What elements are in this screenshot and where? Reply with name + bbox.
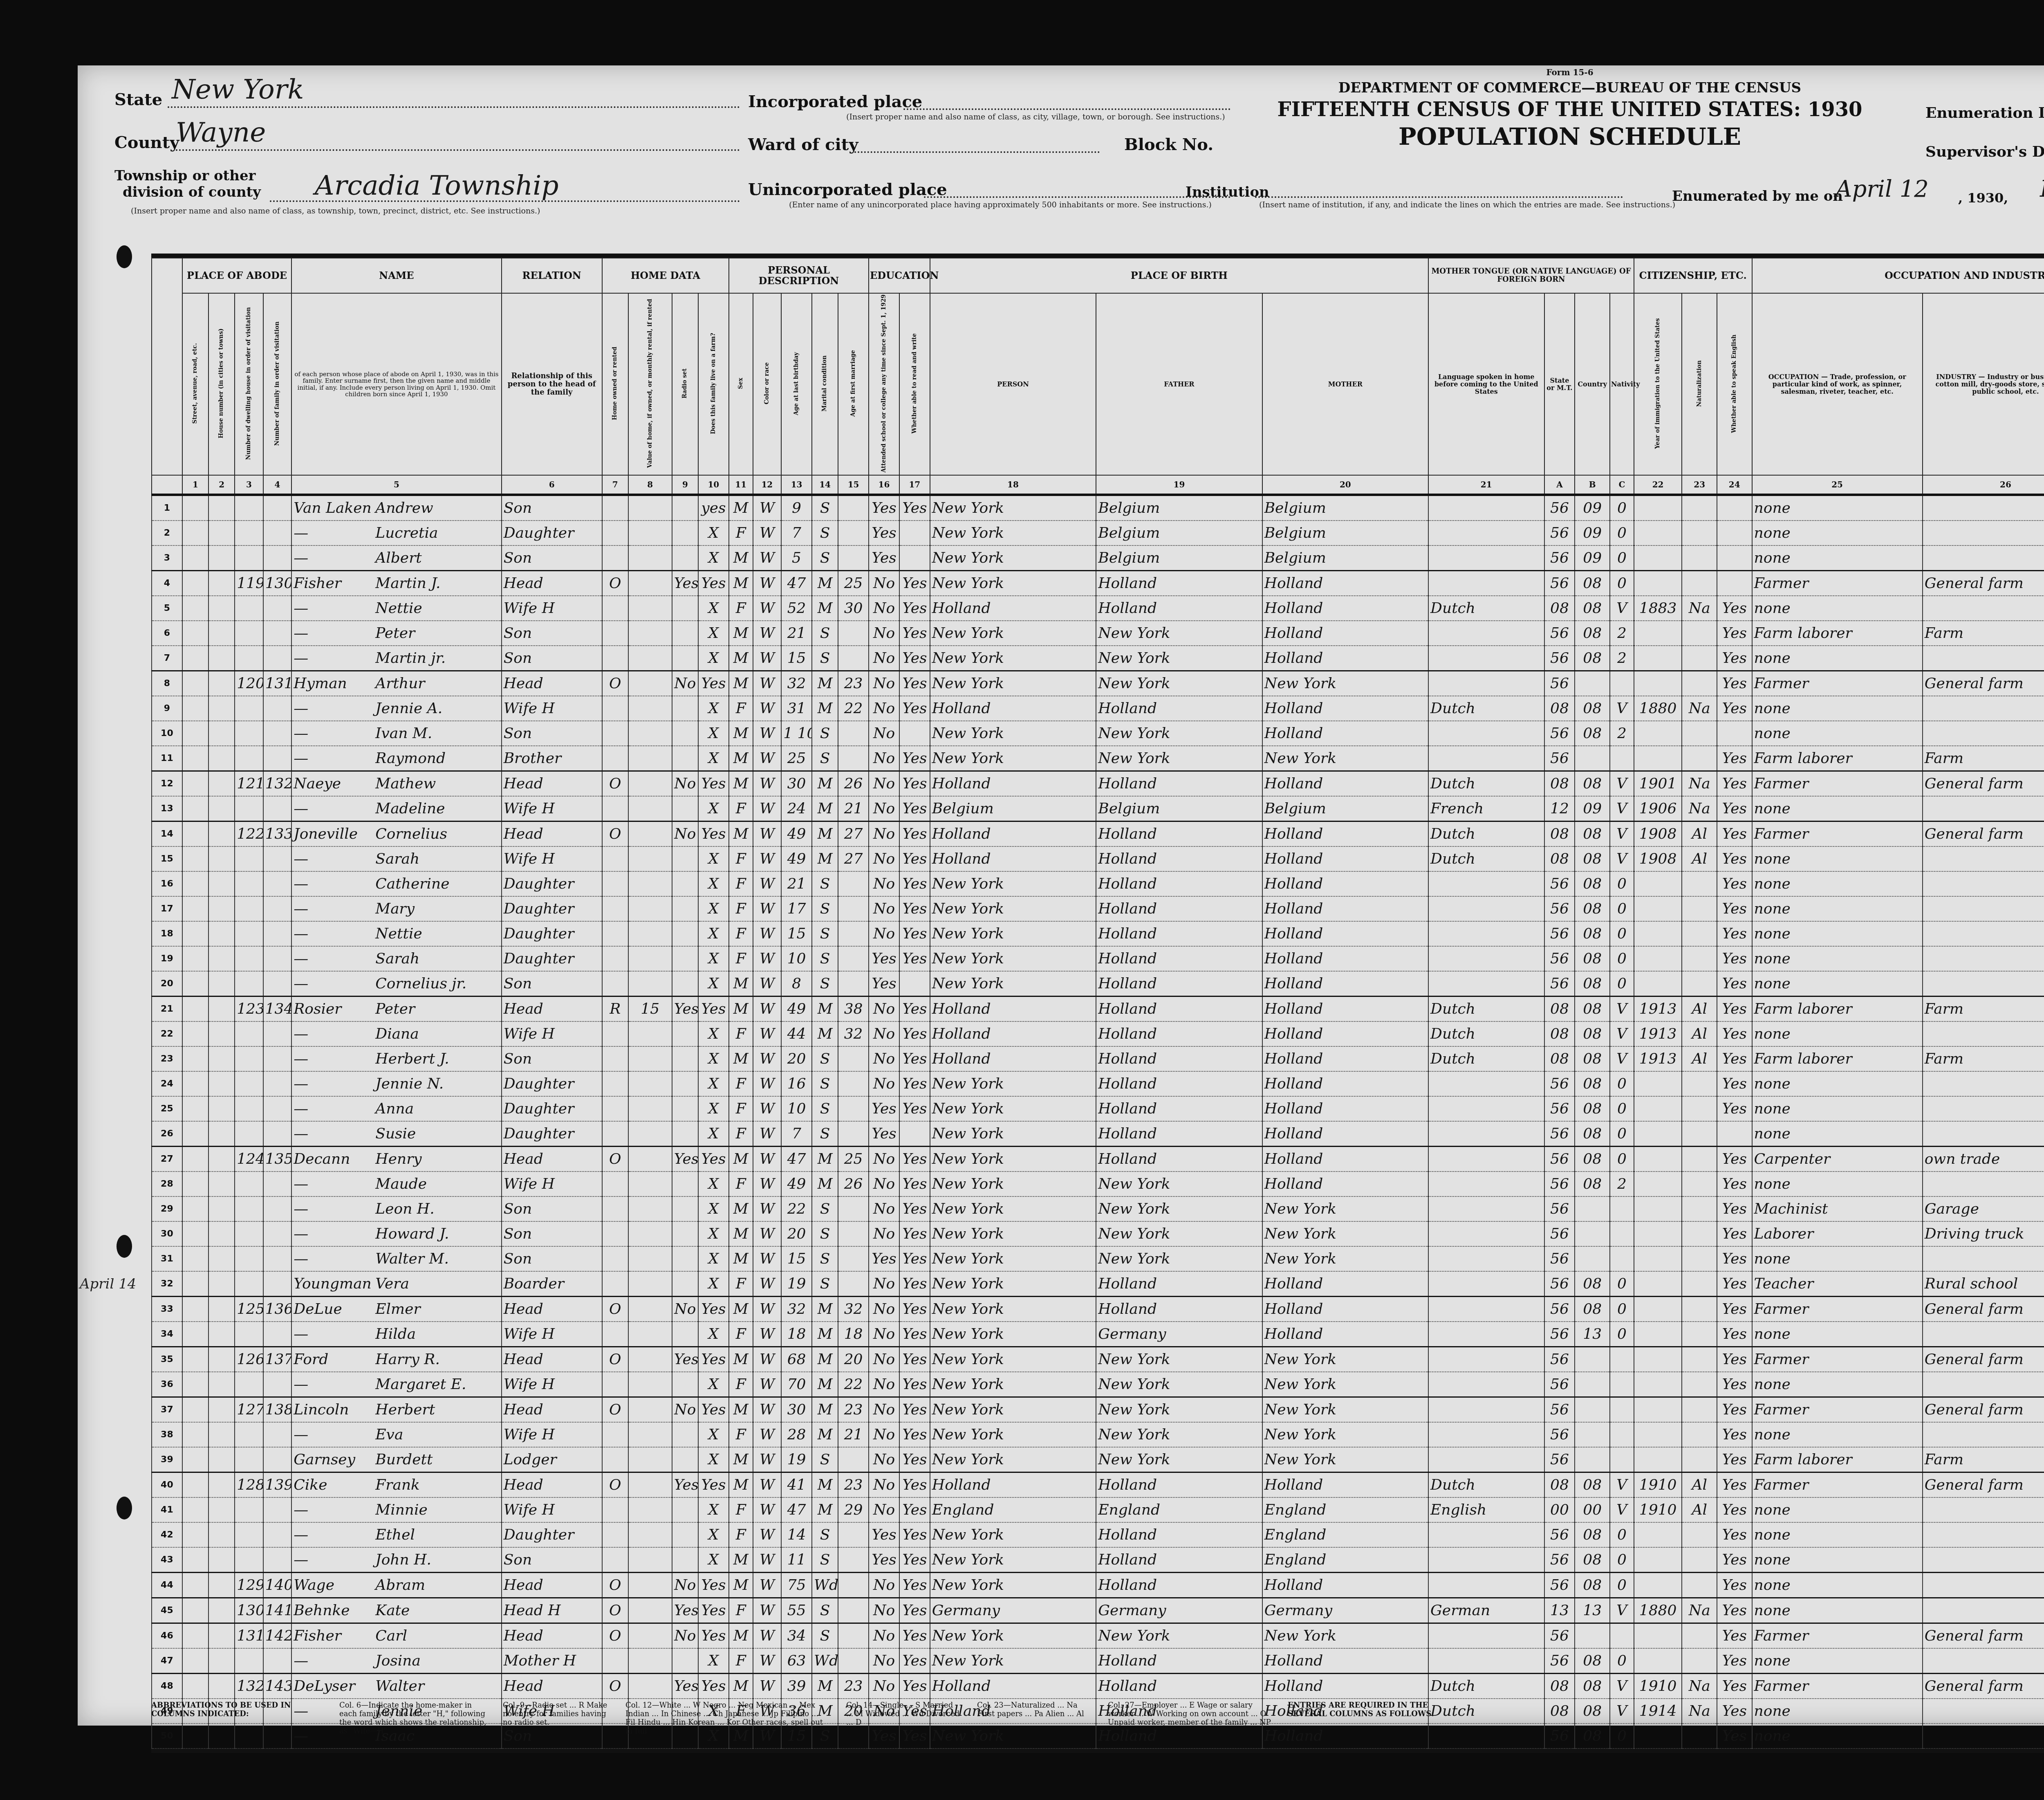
cell-agem (838, 1522, 869, 1547)
cell-own: O (602, 821, 628, 847)
cell-radio (672, 1422, 698, 1447)
unincorporated-label: Unincorporated place (748, 180, 947, 199)
township-label-2: division of county (123, 184, 261, 200)
cell-ind (1923, 1422, 2044, 1447)
cell-sex: M (729, 1046, 753, 1071)
cell-bp: New York (930, 1172, 1096, 1196)
cell-radio (672, 1271, 698, 1297)
cell-occ: none (1752, 1648, 1923, 1674)
cell-c: 0 (1610, 1573, 1634, 1598)
enumerated-label: Enumerated by me on (1672, 188, 1843, 204)
column-number: 17 (899, 475, 930, 495)
cell-agem: 20 (838, 1347, 869, 1372)
incorporated-note: (Insert proper name and also name of cla… (846, 112, 1225, 121)
person-name: —Nettie (291, 921, 501, 946)
cell-rel: Daughter (502, 871, 602, 896)
cell-radio: Yes (672, 571, 698, 596)
cell-age: 7 (781, 521, 812, 545)
cell-bp: Holland (930, 696, 1096, 721)
cell-fm (263, 621, 292, 646)
cell-rw: Yes (899, 746, 930, 771)
cell-c: 2 (1610, 646, 1634, 671)
cell-agem: 32 (838, 1021, 869, 1046)
cell-radio (672, 495, 698, 521)
cell-house (208, 571, 235, 596)
cell-tongue (1428, 1573, 1544, 1598)
cell-sch: No (869, 1071, 899, 1096)
column-number: 20 (1262, 475, 1428, 495)
col-immigration-year: Year of immigration to the United States (1634, 293, 1682, 475)
cell-race: W (753, 596, 782, 621)
cell-agem (838, 1096, 869, 1121)
cell-c: V (1610, 1598, 1634, 1623)
cell-b: 09 (1575, 796, 1610, 821)
cell-bf: New York (1096, 1397, 1262, 1423)
cell-race: W (753, 946, 782, 971)
person-name: —Diana (291, 1021, 501, 1046)
cell-agem (838, 1071, 869, 1096)
cell-bf: Holland (1096, 896, 1262, 921)
cell-radio (672, 721, 698, 746)
cell-bm: Holland (1262, 1573, 1428, 1598)
cell-val (628, 671, 672, 696)
cell-mar: S (812, 896, 838, 921)
cell-mar: S (812, 545, 838, 571)
cell-mar: S (812, 921, 838, 946)
cell-b (1575, 1623, 1610, 1649)
cell-sex: F (729, 1598, 753, 1623)
cell-c: V (1610, 1021, 1634, 1046)
cell-ind: Farm (1923, 1447, 2044, 1472)
cell-rel: Wife H (502, 1422, 602, 1447)
cell-ind: General farm (1923, 1347, 2044, 1372)
cell-tongue (1428, 1397, 1544, 1423)
cell-own (602, 921, 628, 946)
cell-dw (235, 1121, 263, 1147)
cell-tongue (1428, 671, 1544, 696)
cell-fm (263, 1096, 292, 1121)
cell-own (602, 1724, 628, 1748)
cell-race: W (753, 1573, 782, 1598)
cell-rw (899, 721, 930, 746)
cell-a: 56 (1544, 746, 1575, 771)
cell-fm: 143 (263, 1674, 292, 1699)
cell-age: 1 10/12 (781, 721, 812, 746)
cell-agem (838, 1547, 869, 1573)
cell-bf: New York (1096, 746, 1262, 771)
cell-tongue (1428, 1447, 1544, 1472)
cell-mar: S (812, 721, 838, 746)
col-radio: Radio set (672, 293, 698, 475)
cell-a: 08 (1544, 696, 1575, 721)
cell-tongue (1428, 1172, 1544, 1196)
cell-mar: S (812, 1096, 838, 1121)
cell-mar: S (812, 1221, 838, 1246)
cell-occ: none (1752, 1598, 1923, 1623)
cell-street (182, 621, 208, 646)
cell-b: 09 (1575, 545, 1610, 571)
cell-tongue (1428, 921, 1544, 946)
cell-a: 08 (1544, 997, 1575, 1022)
person-name: —Cornelius jr. (291, 971, 501, 997)
cell-eng: Yes (1717, 1046, 1752, 1071)
cell-c: V (1610, 1674, 1634, 1699)
cell-rel: Wife H (502, 1021, 602, 1046)
cell-agem: 21 (838, 1422, 869, 1447)
person-name: —Madeline (291, 796, 501, 821)
cell-mar: M (812, 1422, 838, 1447)
cell-rel: Head H (502, 1598, 602, 1623)
cell-mar: M (812, 696, 838, 721)
census-row: 1Van LakenAndrewSonyesMW9SYesYesNew York… (152, 495, 2044, 521)
cell-a: 56 (1544, 495, 1575, 521)
cell-nat (1682, 921, 1717, 946)
cell-sch: No (869, 1397, 899, 1423)
cell-own: O (602, 1674, 628, 1699)
cell-sch: No (869, 871, 899, 896)
cell-bm: Belgium (1262, 545, 1428, 571)
cell-b: 13 (1575, 1322, 1610, 1347)
cell-agem: 22 (838, 1372, 869, 1397)
cell-own: O (602, 571, 628, 596)
cell-sex: M (729, 571, 753, 596)
cell-imm (1634, 896, 1682, 921)
cell-own (602, 1322, 628, 1347)
cell-fm (263, 1121, 292, 1147)
surname: — (294, 1551, 375, 1568)
cell-c: 0 (1610, 571, 1634, 596)
cell-nat (1682, 621, 1717, 646)
given-name: Ethel (375, 1526, 415, 1543)
col-home-value: Value of home, if owned, or monthly rent… (628, 293, 672, 475)
cell-occ: none (1752, 1372, 1923, 1397)
cell-sex: M (729, 1147, 753, 1172)
cell-bm: Holland (1262, 997, 1428, 1022)
census-row: 8120131HymanArthurHeadONoYesMW32M23NoYes… (152, 671, 2044, 696)
cell-rw: Yes (899, 1172, 930, 1196)
cell-bp: New York (930, 896, 1096, 921)
cell-race: W (753, 846, 782, 871)
cell-house (208, 1422, 235, 1447)
cell-imm (1634, 1121, 1682, 1147)
col-age: Age at last birthday (781, 293, 812, 475)
cell-nat (1682, 545, 1717, 571)
column-number: 10 (698, 475, 729, 495)
cell-a: 08 (1544, 1472, 1575, 1498)
cell-val (628, 846, 672, 871)
cell-bf: New York (1096, 721, 1262, 746)
census-row: 45130141BehnkeKateHead HOYesYesFW55SNoYe… (152, 1598, 2044, 1623)
cell-eng: Yes (1717, 1422, 1752, 1447)
cell-rel: Son (502, 495, 602, 521)
cell-a: 56 (1544, 896, 1575, 921)
cell-fm (263, 721, 292, 746)
cell-race: W (753, 1547, 782, 1573)
cell-bm: Holland (1262, 771, 1428, 797)
cell-occ: none (1752, 971, 1923, 997)
cell-c: 0 (1610, 545, 1634, 571)
census-row: 13—MadelineWife HXFW24M21NoYesBelgiumBel… (152, 796, 2044, 821)
cell-bp: New York (930, 1447, 1096, 1472)
column-number: 16 (869, 475, 899, 495)
cell-c: V (1610, 997, 1634, 1022)
cell-bf: New York (1096, 1623, 1262, 1649)
census-row: 28—MaudeWife HXFW49M26NoYesNew YorkNew Y… (152, 1172, 2044, 1196)
cell-street (182, 521, 208, 545)
cell-imm (1634, 1623, 1682, 1649)
cell-rel: Daughter (502, 1522, 602, 1547)
cell-ind (1923, 646, 2044, 671)
cell-street (182, 1397, 208, 1423)
cell-age: 63 (781, 1648, 812, 1674)
cell-imm (1634, 671, 1682, 696)
cell-mar: S (812, 971, 838, 997)
cell-rel: Son (502, 1547, 602, 1573)
cell-farm: X (698, 921, 729, 946)
cell-occ: none (1752, 921, 1923, 946)
given-name: Walter (375, 1678, 424, 1695)
cell-dw: 127 (235, 1397, 263, 1423)
cell-rw: Yes (899, 1147, 930, 1172)
cell-dw (235, 596, 263, 621)
cell-street (182, 946, 208, 971)
cell-sch: No (869, 1422, 899, 1447)
cell-sch: No (869, 721, 899, 746)
person-name: —Ethel (291, 1522, 501, 1547)
cell-mar: S (812, 1724, 838, 1748)
cell-occ: Teacher (1752, 1271, 1923, 1297)
cell-dw: 123 (235, 997, 263, 1022)
cell-farm: Yes (698, 1623, 729, 1649)
cell-fm (263, 846, 292, 871)
cell-b: 08 (1575, 1573, 1610, 1598)
cell-occ: none (1752, 1071, 1923, 1096)
cell-bp: New York (930, 971, 1096, 997)
cell-ind (1923, 971, 2044, 997)
cell-nat (1682, 646, 1717, 671)
surname: — (294, 1652, 375, 1669)
cell-rw: Yes (899, 1397, 930, 1423)
cell-rw: Yes (899, 495, 930, 521)
cell-sch: No (869, 1221, 899, 1246)
cell-bf: Holland (1096, 1674, 1262, 1699)
person-name: NaeyeMathew (291, 771, 501, 797)
cell-tongue (1428, 1372, 1544, 1397)
given-name: Frank (375, 1477, 420, 1493)
census-row: 32YoungmanVeraBoarderXFW19SNoYesNew York… (152, 1271, 2044, 1297)
cell-bm: New York (1262, 1447, 1428, 1472)
cell-a: 56 (1544, 1573, 1575, 1598)
cell-ind: Farm (1923, 746, 2044, 771)
cell-val (628, 771, 672, 797)
census-row: 6—PeterSonXMW21SNoYesNew YorkNew YorkHol… (152, 621, 2044, 646)
cell-bf: New York (1096, 1246, 1262, 1271)
cell-own (602, 1497, 628, 1522)
cell-fm (263, 545, 292, 571)
cell-rw: Yes (899, 1372, 930, 1397)
cell-tongue (1428, 571, 1544, 596)
cell-a: 56 (1544, 721, 1575, 746)
cell-ind (1923, 896, 2044, 921)
col-code-c: Nativity (1610, 293, 1634, 475)
cell-b: 08 (1575, 1522, 1610, 1547)
cell-agem: 26 (838, 771, 869, 797)
cell-own (602, 1271, 628, 1297)
cell-age: 19 (781, 1447, 812, 1472)
cell-bf: Holland (1096, 997, 1262, 1022)
cell-b (1575, 671, 1610, 696)
cell-imm (1634, 1372, 1682, 1397)
cell-age: 19 (781, 1271, 812, 1297)
cell-house (208, 495, 235, 521)
cell-tongue: Dutch (1428, 771, 1544, 797)
cell-house (208, 746, 235, 771)
column-number: 3 (235, 475, 263, 495)
person-name: —Jennie N. (291, 1071, 501, 1096)
given-name: Cornelius (375, 826, 447, 842)
cell-dw (235, 871, 263, 896)
cell-imm (1634, 1573, 1682, 1598)
cell-fm (263, 1372, 292, 1397)
cell-mar: M (812, 1497, 838, 1522)
column-number: 26 (1923, 475, 2044, 495)
cell-mar: M (812, 1347, 838, 1372)
binder-hole (117, 245, 132, 268)
cell-eng: Yes (1717, 1598, 1752, 1623)
cell-a: 08 (1544, 821, 1575, 847)
cell-imm (1634, 1522, 1682, 1547)
cell-bm: Holland (1262, 1472, 1428, 1498)
cell-val (628, 596, 672, 621)
cell-farm: X (698, 1547, 729, 1573)
cell-race: W (753, 1422, 782, 1447)
cell-mar: S (812, 1447, 838, 1472)
cell-b (1575, 1397, 1610, 1423)
census-row: 9—Jennie A.Wife HXFW31M22NoYesHollandHol… (152, 696, 2044, 721)
cell-rw: Yes (899, 1598, 930, 1623)
cell-own (602, 796, 628, 821)
cell-agem: 27 (838, 821, 869, 847)
cell-rel: Son (502, 646, 602, 671)
cell-agem: 21 (838, 796, 869, 821)
cell-farm: X (698, 596, 729, 621)
cell-tongue (1428, 1071, 1544, 1096)
cell-own (602, 1172, 628, 1196)
person-name: JonevilleCornelius (291, 821, 501, 847)
col-house-number: House number (in cities or towns) (208, 293, 235, 475)
cell-race: W (753, 1297, 782, 1322)
cell-agem (838, 871, 869, 896)
cell-imm (1634, 646, 1682, 671)
cell-bm: New York (1262, 671, 1428, 696)
cell-rel: Head (502, 1147, 602, 1172)
census-row: 42—EthelDaughterXFW14SYesYesNew YorkHoll… (152, 1522, 2044, 1547)
block-label: Block No. (1124, 135, 1213, 154)
line-number: 36 (152, 1372, 182, 1397)
cell-fm (263, 921, 292, 946)
cell-own (602, 1547, 628, 1573)
cell-house (208, 1598, 235, 1623)
institution-note: (Insert name of institution, if any, and… (1259, 200, 1675, 209)
cell-tongue (1428, 1196, 1544, 1221)
cell-dw: 128 (235, 1472, 263, 1498)
cell-bf: Belgium (1096, 521, 1262, 545)
cell-age: 68 (781, 1347, 812, 1372)
cell-val (628, 1046, 672, 1071)
cell-mar: M (812, 596, 838, 621)
cell-bm: Holland (1262, 696, 1428, 721)
cell-dw (235, 696, 263, 721)
cell-a: 56 (1544, 646, 1575, 671)
cell-agem (838, 1623, 869, 1649)
person-name: CikeFrank (291, 1472, 501, 1498)
cell-race: W (753, 671, 782, 696)
cell-val (628, 1347, 672, 1372)
cell-street (182, 1221, 208, 1246)
cell-nat: Al (1682, 821, 1717, 847)
cell-occ: Machinist (1752, 1196, 1923, 1221)
given-name: Josina (375, 1652, 421, 1669)
cell-tongue: Dutch (1428, 1472, 1544, 1498)
cell-street (182, 1071, 208, 1096)
cell-rw (899, 971, 930, 997)
cell-rel: Head (502, 1674, 602, 1699)
line-number: 35 (152, 1347, 182, 1372)
cell-c (1610, 1347, 1634, 1372)
person-name: —Hilda (291, 1322, 501, 1347)
given-name: Sarah (375, 851, 419, 867)
supervisor-district-label: Supervisor's District No. (1925, 143, 2044, 160)
cell-eng: Yes (1717, 1096, 1752, 1121)
cell-race: W (753, 1648, 782, 1674)
line-number: 6 (152, 621, 182, 646)
cell-age: 22 (781, 1196, 812, 1221)
cell-age: 25 (781, 746, 812, 771)
cell-farm: X (698, 1172, 729, 1196)
cell-nat: Na (1682, 596, 1717, 621)
cell-occ: Carpenter (1752, 1147, 1923, 1172)
line-number: 1 (152, 495, 182, 521)
census-row: 23—Herbert J.SonXMW20SNoYesHollandHollan… (152, 1046, 2044, 1071)
cell-mar: S (812, 1121, 838, 1147)
cell-val (628, 1271, 672, 1297)
cell-house (208, 1297, 235, 1322)
person-name: —Martin jr. (291, 646, 501, 671)
cell-bf: Holland (1096, 771, 1262, 797)
cell-age: 21 (781, 871, 812, 896)
cell-agem: 18 (838, 1322, 869, 1347)
cell-dw (235, 746, 263, 771)
cell-bf: New York (1096, 1447, 1262, 1472)
cell-race: W (753, 821, 782, 847)
cell-rw: Yes (899, 1347, 930, 1372)
cell-radio (672, 1522, 698, 1547)
cell-farm: X (698, 1246, 729, 1271)
column-number: 23 (1682, 475, 1717, 495)
cell-c: V (1610, 771, 1634, 797)
cell-bp: New York (930, 1246, 1096, 1271)
given-name: Margaret E. (375, 1376, 466, 1393)
cell-bm: Holland (1262, 1121, 1428, 1147)
cell-imm (1634, 921, 1682, 946)
cell-sex: F (729, 696, 753, 721)
given-name: Diana (375, 1026, 419, 1042)
ward-line (854, 151, 1100, 153)
given-name: Herbert (375, 1401, 435, 1418)
cell-sch: No (869, 1322, 899, 1347)
cell-farm: Yes (698, 1397, 729, 1423)
cell-rel: Son (502, 971, 602, 997)
